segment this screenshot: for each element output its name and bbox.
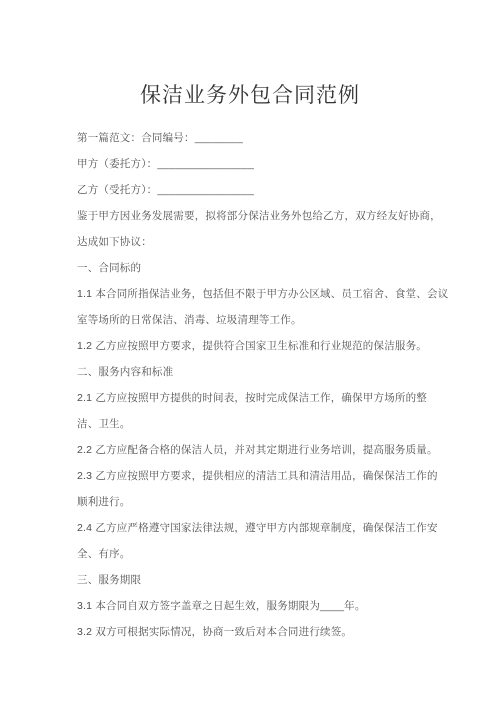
clause-2-2-line: 2.2 乙方应配备合格的保洁人员，并对其定期进行业务培训，提高服务质量。	[77, 437, 445, 463]
document-title: 保洁业务外包合同范例	[0, 0, 500, 110]
clause-2-4-line: 2.4 乙方应严格遵守国家法律法规，遵守甲方内部规章制度，确保保洁工作安	[77, 515, 445, 541]
clause-2-3-line: 顺利进行。	[77, 489, 445, 515]
document-body: 第一篇范文：合同编号：________ 甲方（委托方）：____________…	[77, 125, 445, 645]
party-a-line: 甲方（委托方）：________________	[77, 151, 445, 177]
clause-1-1-line: 1.1 本合同所指保洁业务，包括但不限于甲方办公区域、员工宿舍、食堂、会议	[77, 281, 445, 307]
clause-2-1-line: 洁、卫生。	[77, 411, 445, 437]
preamble-line: 达成如下协议：	[77, 229, 445, 255]
section-heading-3: 三、服务期限	[77, 567, 445, 593]
preamble-line: 鉴于甲方因业务发展需要，拟将部分保洁业务外包给乙方，双方经友好协商，	[77, 203, 445, 229]
clause-2-3-line: 2.3 乙方应按照甲方要求，提供相应的清洁工具和清洁用品，确保保洁工作的	[77, 463, 445, 489]
clause-1-1-line: 室等场所的日常保洁、消毒、垃圾清理等工作。	[77, 307, 445, 333]
contract-number-line: 第一篇范文：合同编号：________	[77, 125, 445, 151]
document-page: 保洁业务外包合同范例 第一篇范文：合同编号：________ 甲方（委托方）：_…	[0, 0, 500, 707]
clause-3-1-line: 3.1 本合同自双方签字盖章之日起生效，服务期限为____年。	[77, 593, 445, 619]
party-b-line: 乙方（受托方）：________________	[77, 177, 445, 203]
section-heading-2: 二、服务内容和标准	[77, 359, 445, 385]
clause-3-2-line: 3.2 双方可根据实际情况，协商一致后对本合同进行续签。	[77, 619, 445, 645]
clause-2-1-line: 2.1 乙方应按照甲方提供的时间表，按时完成保洁工作，确保甲方场所的整	[77, 385, 445, 411]
clause-2-4-line: 全、有序。	[77, 541, 445, 567]
section-heading-1: 一、合同标的	[77, 255, 445, 281]
clause-1-2-line: 1.2 乙方应按照甲方要求，提供符合国家卫生标准和行业规范的保洁服务。	[77, 333, 445, 359]
